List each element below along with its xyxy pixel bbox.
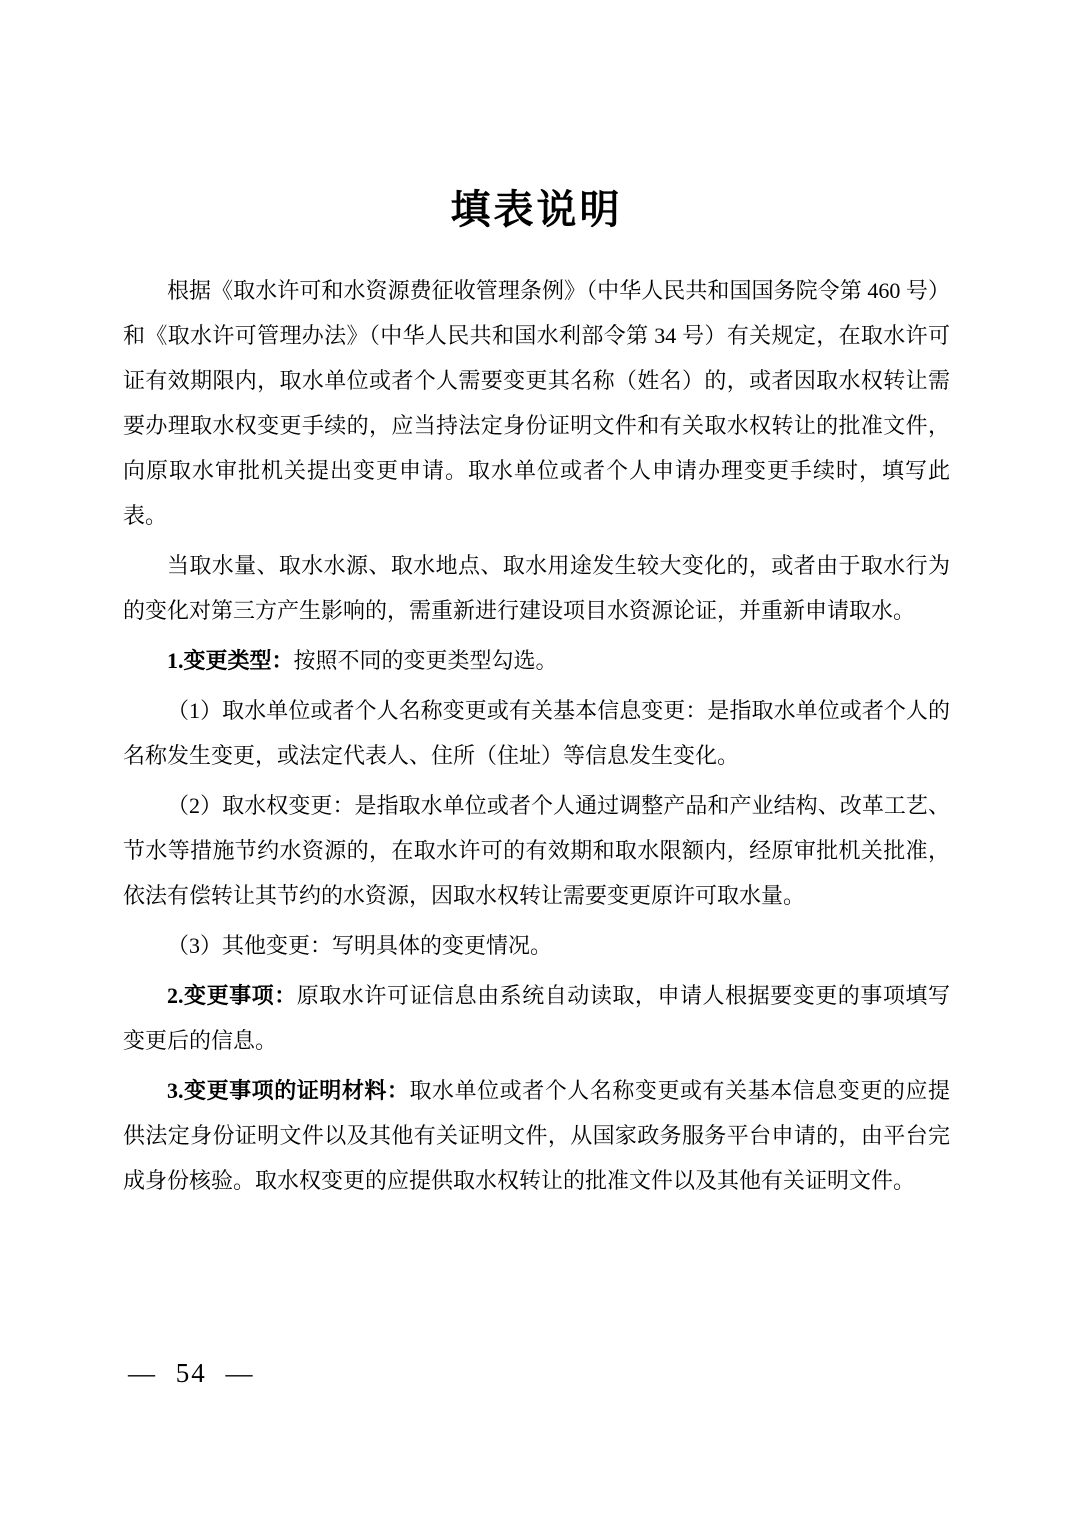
paragraph-item3-proof-materials: 3.变更事项的证明材料：取水单位或者个人名称变更或有关基本信息变更的应提供法定身…	[123, 1068, 950, 1203]
paragraph-text: （1）取水单位或者个人名称变更或有关基本信息变更：是指取水单位或者个人的名称发生…	[123, 698, 950, 768]
document-page: 填表说明 根据《取水许可和水资源费征收管理条例》（中华人民共和国国务院令第 46…	[0, 0, 1074, 1520]
paragraph-bold-lead: 1.变更类型：	[167, 648, 294, 673]
paragraph-intro-regulations: 根据《取水许可和水资源费征收管理条例》（中华人民共和国国务院令第 460 号）和…	[123, 268, 950, 538]
paragraph-text: 当取水量、取水水源、取水地点、取水用途发生较大变化的，或者由于取水行为的变化对第…	[123, 553, 950, 623]
paragraph-major-change: 当取水量、取水水源、取水地点、取水用途发生较大变化的，或者由于取水行为的变化对第…	[123, 543, 950, 633]
paragraph-item1-change-type: 1.变更类型：按照不同的变更类型勾选。	[123, 638, 950, 683]
paragraph-text: （3）其他变更：写明具体的变更情况。	[167, 933, 552, 958]
paragraph-bold-lead: 3.变更事项的证明材料：	[167, 1078, 409, 1103]
page-number: — 54 —	[128, 1358, 255, 1389]
paragraph-text: 按照不同的变更类型勾选。	[294, 648, 558, 673]
paragraph-text: （2）取水权变更：是指取水单位或者个人通过调整产品和产业结构、改革工艺、节水等措…	[123, 793, 950, 908]
document-title: 填表说明	[123, 186, 950, 234]
paragraph-item2-change-matters: 2.变更事项：原取水许可证信息由系统自动读取，申请人根据要变更的事项填写变更后的…	[123, 973, 950, 1063]
paragraph-subitem2-water-right-change: （2）取水权变更：是指取水单位或者个人通过调整产品和产业结构、改革工艺、节水等措…	[123, 783, 950, 918]
paragraph-subitem3-other-change: （3）其他变更：写明具体的变更情况。	[123, 923, 950, 968]
paragraph-text: 根据《取水许可和水资源费征收管理条例》（中华人民共和国国务院令第 460 号）和…	[123, 278, 950, 528]
paragraph-bold-lead: 2.变更事项：	[167, 983, 297, 1008]
paragraph-subitem1-name-change: （1）取水单位或者个人名称变更或有关基本信息变更：是指取水单位或者个人的名称发生…	[123, 688, 950, 778]
